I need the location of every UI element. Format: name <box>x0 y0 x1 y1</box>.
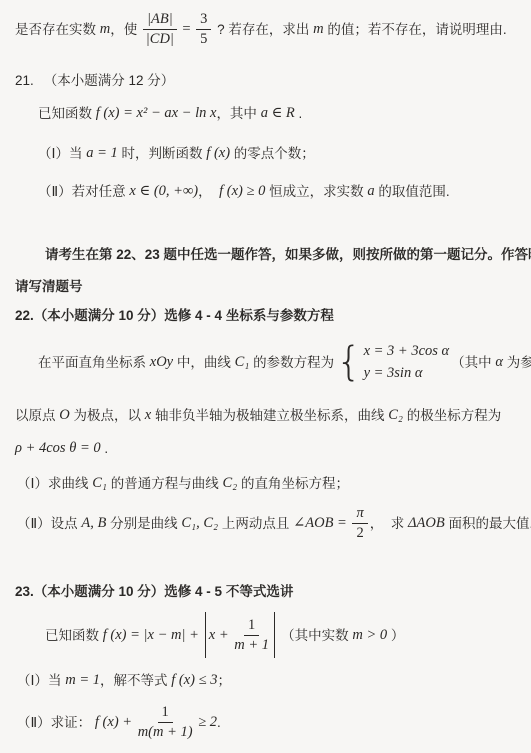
curve-c2-symbol: C₂ <box>222 474 237 493</box>
text-run: 为极点，以 <box>70 406 145 425</box>
text-run: 分别是曲线 <box>106 514 181 533</box>
choice-notice-line-2: 请写清题号 <box>15 277 523 296</box>
equations-column: x = 3 + 3cos α y = 3sin α <box>364 342 450 383</box>
text-run: ，使 <box>110 20 141 39</box>
question-23-given: 已知函数 f (x) = |x − m| + x + 1 m + 1 （其中实数… <box>45 612 523 658</box>
curve-c2-symbol: C₂ <box>388 406 403 425</box>
part-marker: （Ⅰ）求曲线 <box>17 474 92 493</box>
question-22-line-2: 以原点 O 为极点，以 x 轴非负半轴为极轴建立极坐标系，曲线 C₂ 的极坐标方… <box>15 406 523 425</box>
text-run: 以原点 <box>15 406 59 425</box>
equals-sign: = <box>179 20 194 39</box>
text-run: 为参数）， <box>503 353 531 372</box>
fraction-1-over-m-plus-1: 1 m + 1 <box>234 617 269 653</box>
abs-bar-right <box>274 612 275 658</box>
text-run: 轴非负半轴为极轴建立极坐标系，曲线 <box>151 406 388 425</box>
question-23-header: 23. （本小题满分 10 分）选修 4 - 5 不等式选讲 <box>15 582 523 601</box>
part-marker: （Ⅱ）设点 <box>17 514 81 533</box>
fraction-denominator: m(m + 1) <box>138 723 193 741</box>
question-number: 21. <box>15 71 34 90</box>
question-20-tail-line: 是否存在实数 m ，使 |AB| |CD| = 3 5 ? 若存在，求出 m 的… <box>15 6 523 52</box>
text-run: （其中 <box>451 353 495 372</box>
question-21-header: 21. （本小题满分 12 分） <box>15 71 523 90</box>
question-21-part-1: （Ⅰ）当 a = 1 时，判断函数 f (x) 的零点个数； <box>38 144 523 163</box>
question-points: （本小题满分 10 分）选修 4 - 5 不等式选讲 <box>34 582 294 601</box>
text-run: . <box>217 713 221 732</box>
text-run: ? 若存在，求出 <box>213 20 313 39</box>
math-expression: ≥ 2 <box>195 713 217 732</box>
notice-text: 请写清题号 <box>15 277 83 296</box>
math-expression: m > 0 <box>352 626 387 645</box>
question-21-part-2: （Ⅱ）若对任意 x ∈ (0, +∞) ， f (x) ≥ 0 恒成立，求实数 … <box>38 182 523 201</box>
text-run: ） <box>387 626 404 645</box>
fraction-3-over-5: 3 5 <box>196 11 211 47</box>
question-number: 22. <box>15 306 34 325</box>
question-22-line-1: 在平面直角坐标系 xOy 中，曲线 C₁ 的参数方程为 x = 3 + 3cos… <box>38 337 523 387</box>
question-22-part-2: （Ⅱ）设点 A, B 分别是曲线 C₁, C₂ 上两动点且 ∠AOB = π 2… <box>17 504 523 542</box>
text-run: 已知函数 <box>45 626 103 645</box>
question-21-given: 已知函数 f (x) = x² − ax − ln x ，其中 a ∈ R . <box>38 104 523 123</box>
text-run: 恒成立，求实数 <box>265 182 367 201</box>
math-expression: f (x) ≥ 0 <box>219 182 265 201</box>
angle-expression: ∠AOB = <box>293 514 350 533</box>
text-run: 的参数方程为 <box>249 353 334 372</box>
question-22-polar-equation: ρ + 4cos θ = 0 . <box>15 439 523 458</box>
text-run: 的普通方程与曲线 <box>107 474 223 493</box>
question-22-part-1: （Ⅰ）求曲线 C₁ 的普通方程与曲线 C₂ 的直角坐标方程； <box>17 474 523 493</box>
question-22-header: 22. （本小题满分 10 分）选修 4 - 4 坐标系与参数方程 <box>15 306 523 325</box>
text-run: ，其中 <box>216 104 260 123</box>
fraction-denominator: 5 <box>200 30 207 48</box>
text-run: 的零点个数； <box>230 144 315 163</box>
fraction-denominator: 2 <box>356 524 363 542</box>
math-expression: f (x) = <box>103 626 144 645</box>
left-brace <box>336 345 361 379</box>
math-expression: xOy <box>150 353 173 372</box>
math-variable: a <box>367 182 374 201</box>
fraction-numerator: 1 <box>158 704 173 723</box>
text-run: 是否存在实数 <box>15 20 100 39</box>
math-variable: O <box>59 406 69 425</box>
fraction-pi-over-2: π 2 <box>352 505 367 541</box>
math-expression: f (x) = x² − ax − ln x <box>96 104 217 123</box>
math-expression: a = 1 <box>86 144 118 163</box>
math-expression: f (x) + <box>95 713 136 732</box>
math-expression: m = 1 <box>65 671 100 690</box>
parametric-equation-x: x = 3 + 3cos α <box>364 342 450 361</box>
math-expression: f (x) <box>206 144 230 163</box>
text-run: 已知函数 <box>38 104 96 123</box>
absolute-value-1: |x − m| + <box>144 626 203 645</box>
fraction-1-over-m-m-plus-1: 1 m(m + 1) <box>138 704 193 740</box>
fraction-denominator: |CD| <box>146 30 174 48</box>
question-23-part-2: （Ⅱ）求证： f (x) + 1 m(m + 1) ≥ 2 . <box>17 701 523 743</box>
question-23-part-1: （Ⅰ）当 m = 1 ，解不等式 f (x) ≤ 3 ； <box>17 671 523 690</box>
text-run: 的直角坐标方程； <box>237 474 349 493</box>
part-marker: （Ⅰ）当 <box>17 671 65 690</box>
text-run: ， 求 <box>370 514 408 533</box>
fraction-numerator: π <box>352 505 367 524</box>
question-number: 23. <box>15 582 34 601</box>
text-run: ， <box>198 182 219 201</box>
text-run: 面积的最大值. <box>445 514 531 533</box>
math-expression: a ∈ R <box>261 104 295 123</box>
exam-paper-page: 是否存在实数 m ，使 |AB| |CD| = 3 5 ? 若存在，求出 m 的… <box>0 0 531 753</box>
math-variable: α <box>495 353 503 372</box>
fraction-denominator: m + 1 <box>234 636 269 654</box>
parametric-equation-system: x = 3 + 3cos α y = 3sin α <box>336 342 449 383</box>
part-marker: （Ⅰ）当 <box>38 144 86 163</box>
text-run: 中，曲线 <box>173 353 235 372</box>
question-points: （本小题满分 12 分） <box>44 71 175 90</box>
curve-c1-symbol: C₁ <box>92 474 107 493</box>
math-variable: m <box>313 20 323 39</box>
choice-notice-line-1: 请考生在第 22、23 题中任选一题作答，如果多做，则按所做的第一题记分。作答时 <box>45 245 523 264</box>
text-run: ，解不等式 <box>100 671 171 690</box>
text-run: ； <box>217 671 231 690</box>
fraction-AB-over-CD: |AB| |CD| <box>143 11 177 47</box>
question-points: （本小题满分 10 分）选修 4 - 4 坐标系与参数方程 <box>34 306 334 325</box>
math-expression: C₁, C₂ <box>181 514 218 533</box>
parametric-equation-y: y = 3sin α <box>364 364 450 383</box>
math-variable: m <box>100 20 110 39</box>
text-run: . <box>295 104 303 123</box>
curve-c1-symbol: C₁ <box>235 353 250 372</box>
fraction-numerator: |AB| <box>143 11 177 30</box>
fraction-numerator: 1 <box>244 617 259 636</box>
fraction-numerator: 3 <box>196 11 211 30</box>
math-expression: x + <box>209 626 232 645</box>
text-run: . <box>101 439 109 458</box>
text-run: 的取值范围. <box>375 182 450 201</box>
text-run: （其中实数 <box>277 626 352 645</box>
text-run: 时，判断函数 <box>118 144 207 163</box>
text-run: 在平面直角坐标系 <box>38 353 150 372</box>
text-run: 上两动点且 <box>218 514 293 533</box>
absolute-value-2: x + 1 m + 1 <box>205 612 276 658</box>
notice-text: 请考生在第 22、23 题中任选一题作答，如果多做，则按所做的第一题记分。作答时 <box>45 245 531 264</box>
triangle-symbol: ΔAOB <box>408 514 445 533</box>
math-expression: f (x) ≤ 3 <box>171 671 217 690</box>
math-expression: ρ + 4cos θ = 0 <box>15 439 101 458</box>
text-run: 的值；若不存在，请说明理由. <box>324 20 507 39</box>
math-expression: A, B <box>81 514 106 533</box>
part-marker: （Ⅱ）若对任意 <box>38 182 129 201</box>
text-run: 的极坐标方程为 <box>403 406 501 425</box>
part-marker: （Ⅱ）求证： <box>17 713 95 732</box>
math-expression: x ∈ (0, +∞) <box>129 182 198 201</box>
